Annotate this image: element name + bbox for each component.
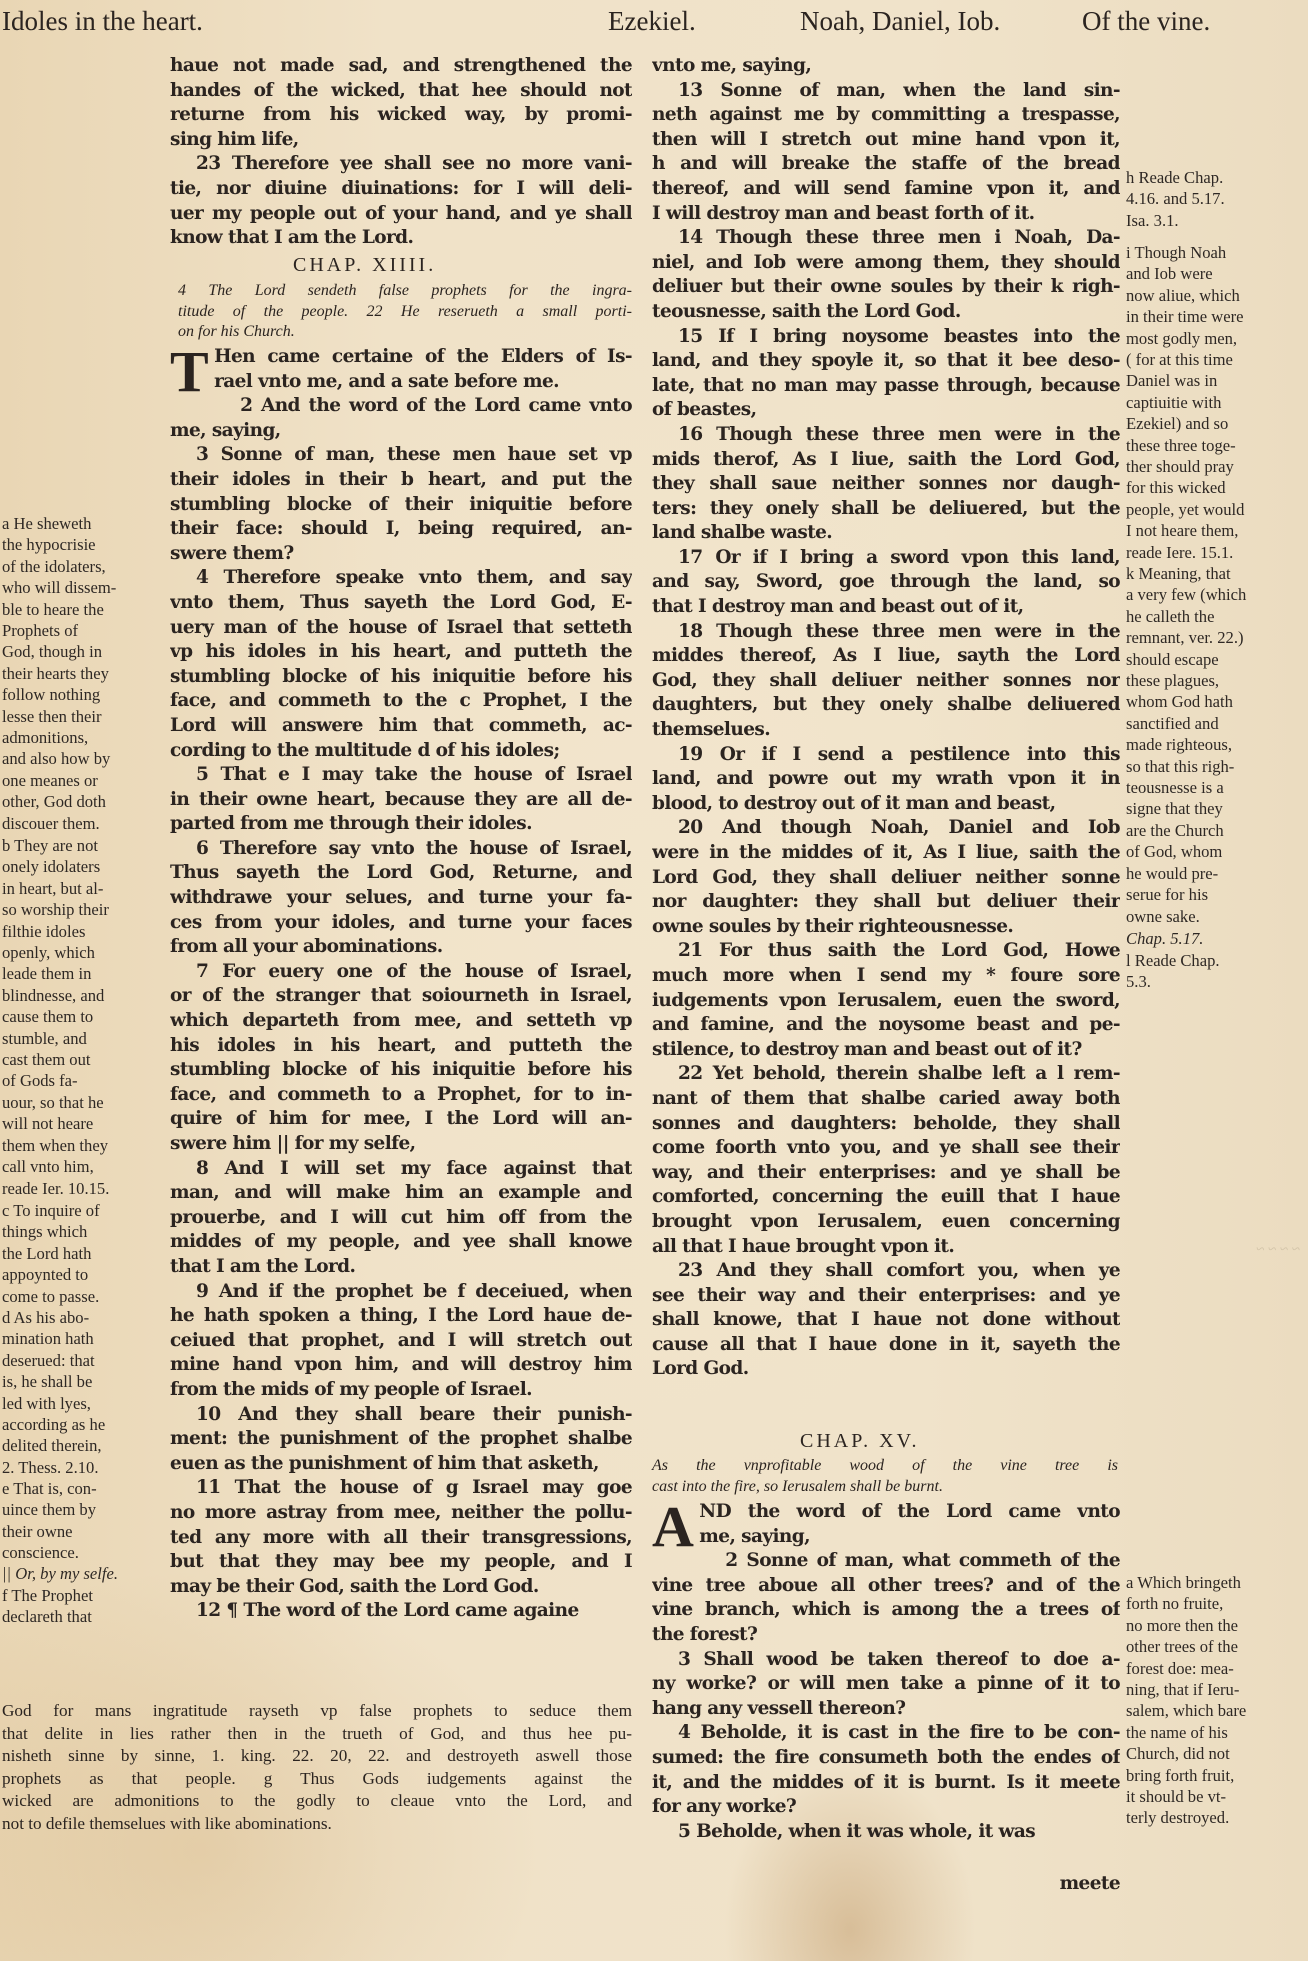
verse-5: 5 That e I may take the house of Israeli… bbox=[170, 763, 632, 837]
running-head-right-b: Of the vine. bbox=[1082, 4, 1210, 38]
text-line: 23 Therefore yee shall see no more vani- bbox=[170, 152, 632, 177]
running-head-book: Ezekiel. bbox=[608, 4, 696, 38]
text-line: c To inquire of bbox=[2, 1200, 160, 1221]
text-line: teousnesse is a bbox=[1126, 777, 1306, 798]
text-line: ther should pray bbox=[1126, 456, 1306, 477]
text-line: euen as the punishment of him that asket… bbox=[170, 1452, 632, 1477]
text-line: he calleth the bbox=[1126, 606, 1306, 627]
chapter-heading-15: CHAP. XV. bbox=[800, 1430, 919, 1453]
text-line: his idoles in his heart, and putteth the bbox=[170, 1034, 632, 1059]
text-line: made righteous, bbox=[1126, 734, 1306, 755]
text-line: d As his abo- bbox=[2, 1307, 160, 1328]
drop-cap: T bbox=[170, 349, 208, 395]
text-line: vnto me, saying, bbox=[652, 54, 1120, 79]
text-line: cast into the fire, so Ierusalem shall b… bbox=[652, 1477, 1118, 1498]
verse-1-block: A ND the word of the Lord came vntome, s… bbox=[652, 1500, 1120, 1549]
text-line: Hen came certaine of the Elders of Is- bbox=[214, 345, 632, 370]
running-head-left: Idoles in the heart. bbox=[2, 4, 203, 38]
text-line: come foorth vnto you, and ye shall see t… bbox=[652, 1136, 1120, 1161]
text-line: swere them? bbox=[170, 542, 632, 567]
text-line: follow nothing bbox=[2, 684, 160, 705]
verse-10: 10 And they shall beare their punish-men… bbox=[170, 1403, 632, 1477]
verse-17: 17 Or if I bring a sword vpon this land,… bbox=[652, 546, 1120, 620]
text-line: 11 That the house of g Israel may goe bbox=[170, 1476, 632, 1501]
text-line: it should be vt- bbox=[1126, 1786, 1306, 1807]
text-line: h Reade Chap. bbox=[1126, 167, 1306, 188]
text-line: 22 Yet behold, therein shalbe left a l r… bbox=[652, 1062, 1120, 1087]
verse-12-cont: vnto me, saying, bbox=[652, 54, 1120, 79]
text-line: Lord God, they shall deliuer neither son… bbox=[652, 866, 1120, 891]
text-line: h and will breake the staffe of the brea… bbox=[652, 152, 1120, 177]
verse-3: 3 Shall wood be taken thereof to doe a-n… bbox=[652, 1648, 1120, 1722]
verse-18: 18 Though these three men were in themid… bbox=[652, 620, 1120, 743]
text-line: hang any vessell thereon? bbox=[652, 1697, 1120, 1722]
margin-note-f: f The Prophetdeclareth that bbox=[2, 1585, 160, 1628]
text-line: for this wicked bbox=[1126, 477, 1306, 498]
chapter-summary-15: As the vnprofitable wood of the vine tre… bbox=[652, 1456, 1118, 1497]
text-line: wicked are admonitions to the godly to c… bbox=[2, 1790, 632, 1813]
text-line: were in the middes of it, As I liue, sai… bbox=[652, 841, 1120, 866]
text-line: of beastes, bbox=[652, 398, 1120, 423]
text-line: stilence, to destroy man and beast out o… bbox=[652, 1038, 1120, 1063]
text-line: Daniel was in bbox=[1126, 370, 1306, 391]
margin-note-e: e That is, con-uince them bytheir owneco… bbox=[2, 1478, 160, 1564]
text-line: owne soules by their righteousnesse. bbox=[652, 915, 1120, 940]
text-column-1b: T Hen came certaine of the Elders of Is-… bbox=[170, 345, 632, 1624]
text-line: on for his Church. bbox=[178, 322, 632, 343]
text-line: man, and will make him an example and bbox=[170, 1181, 632, 1206]
text-line: for any worke? bbox=[652, 1795, 1120, 1820]
text-line: middes thereof, As I liue, sayth the Lor… bbox=[652, 644, 1120, 669]
text-line: and Iob were bbox=[1126, 263, 1306, 284]
text-line: conscience. bbox=[2, 1542, 160, 1563]
margin-note-k: k Meaning, thata very few (whichhe calle… bbox=[1126, 563, 1306, 927]
text-line: withdrawe your selues, and turne your fa… bbox=[170, 886, 632, 911]
text-line: returne from his wicked way, by promi- bbox=[170, 103, 632, 128]
verse-11: 11 That the house of g Israel may goeno … bbox=[170, 1476, 632, 1599]
text-line: they shall saue neither sonnes nor daugh… bbox=[652, 472, 1120, 497]
text-line: in their time were bbox=[1126, 306, 1306, 327]
text-line: he would pre- bbox=[1126, 863, 1306, 884]
verse-12: 12 ¶ The word of the Lord came againe bbox=[170, 1599, 632, 1624]
text-line: Chap. 5.17. bbox=[1126, 928, 1306, 949]
text-line: or of the stranger that soiourneth in Is… bbox=[170, 984, 632, 1009]
margin-note-a: a He sheweththe hypocrisieof the idolate… bbox=[2, 513, 160, 834]
text-line: i Though Noah bbox=[1126, 242, 1306, 263]
verse-1: Hen came certaine of the Elders of Is-ra… bbox=[170, 345, 632, 394]
text-line: niel, and Iob were among them, they shou… bbox=[652, 251, 1120, 276]
text-line: reade Iere. 15.1. bbox=[1126, 542, 1306, 563]
text-line: Ezekiel) and so bbox=[1126, 413, 1306, 434]
text-line: me, saying, bbox=[699, 1525, 1120, 1550]
text-line: nisheth sinne by sinne, 1. king. 22. 20,… bbox=[2, 1745, 632, 1768]
verse-19: 19 Or if I send a pestilence into thisla… bbox=[652, 743, 1120, 817]
verse-4: 4 Therefore speake vnto them, and sayvnt… bbox=[170, 566, 632, 763]
text-line: of Gods fa- bbox=[2, 1070, 160, 1091]
text-line: comforted, concerning the euill that I h… bbox=[652, 1185, 1120, 1210]
text-line: cast them out bbox=[2, 1049, 160, 1070]
text-line: 16 Though these three men were in the bbox=[652, 423, 1120, 448]
text-line: 4 Beholde, it is cast in the fire to be … bbox=[652, 1721, 1120, 1746]
text-line: all that I haue brought vpon it. bbox=[652, 1235, 1120, 1260]
text-line: signe that they bbox=[1126, 798, 1306, 819]
text-line: bring forth fruit, bbox=[1126, 1765, 1306, 1786]
text-line: know that I am the Lord. bbox=[170, 226, 632, 251]
text-line: the forest? bbox=[652, 1623, 1120, 1648]
text-line: Isa. 3.1. bbox=[1126, 210, 1306, 231]
text-line: cording to the multitude d of his idoles… bbox=[170, 739, 632, 764]
text-line: things which bbox=[2, 1221, 160, 1242]
text-column-1: haue not made sad, and strengthened theh… bbox=[170, 54, 632, 251]
text-line: 21 For thus saith the Lord God, Howe bbox=[652, 939, 1120, 964]
verse-2: 2 Sonne of man, what commeth of thevine … bbox=[652, 1549, 1120, 1647]
text-line: in heart, but al- bbox=[2, 878, 160, 899]
text-line: are the Church bbox=[1126, 820, 1306, 841]
text-line: God, they shall deliuer neither sonnes n… bbox=[652, 669, 1120, 694]
margin-note-i: i Though Noahand Iob werenow aliue, whic… bbox=[1126, 242, 1306, 563]
text-line: swere him || for my selfe, bbox=[170, 1132, 632, 1157]
text-line: no more astray from mee, neither the pol… bbox=[170, 1501, 632, 1526]
text-line: Thus sayeth the Lord God, Returne, and bbox=[170, 861, 632, 886]
text-line: teousnesse, saith the Lord God. bbox=[652, 300, 1120, 325]
verse-23: 23 Therefore yee shall see no more vani-… bbox=[170, 152, 632, 250]
text-line: 8 And I will set my face against that bbox=[170, 1157, 632, 1182]
text-line: should escape bbox=[1126, 649, 1306, 670]
text-line: people, yet would bbox=[1126, 499, 1306, 520]
text-line: 3 Shall wood be taken thereof to doe a- bbox=[652, 1648, 1120, 1673]
text-line: face, and commeth to the c Prophet, I th… bbox=[170, 689, 632, 714]
text-line: which departeth from mee, and setteth vp bbox=[170, 1009, 632, 1034]
text-line: vine branch, which is among the a trees … bbox=[652, 1598, 1120, 1623]
text-line: prouerbe, and I will cut him off from th… bbox=[170, 1206, 632, 1231]
text-line: f The Prophet bbox=[2, 1585, 160, 1606]
text-line: that delite in lies rather then in the t… bbox=[2, 1723, 632, 1746]
text-line: 5 Beholde, when it was whole, it was bbox=[652, 1820, 1120, 1845]
verse-block: haue not made sad, and strengthened theh… bbox=[170, 54, 632, 152]
text-line: God for mans ingratitude rayseth vp fals… bbox=[2, 1700, 632, 1723]
text-line: middes of my people, and yee shall knowe bbox=[170, 1230, 632, 1255]
text-line: Lord will answere him that commeth, ac- bbox=[170, 714, 632, 739]
text-line: 4 The Lord sendeth false prophets for th… bbox=[178, 281, 632, 302]
text-line: the name of his bbox=[1126, 1722, 1306, 1743]
text-line: will not heare bbox=[2, 1113, 160, 1134]
text-line: stumble, and bbox=[2, 1028, 160, 1049]
verse-8: 8 And I will set my face against thatman… bbox=[170, 1157, 632, 1280]
text-line: serue for his bbox=[1126, 884, 1306, 905]
text-line: I not heare them, bbox=[1126, 520, 1306, 541]
text-line: As the vnprofitable wood of the vine tre… bbox=[652, 1456, 1118, 1477]
text-line: of the idolaters, bbox=[2, 556, 160, 577]
verse-16: 16 Though these three men were in themid… bbox=[652, 423, 1120, 546]
text-line: me, saying, bbox=[170, 419, 632, 444]
text-column-2b: A ND the word of the Lord came vntome, s… bbox=[652, 1500, 1120, 1844]
margin-note-star: Chap. 5.17. bbox=[1126, 928, 1306, 949]
text-line: blindnesse, and bbox=[2, 985, 160, 1006]
text-line: daughters, but they onely shalbe deliuer… bbox=[652, 693, 1120, 718]
verse-5: 5 Beholde, when it was whole, it was bbox=[652, 1820, 1120, 1845]
text-line: neth against me by committing a trespass… bbox=[652, 103, 1120, 128]
text-line: uour, so that he bbox=[2, 1092, 160, 1113]
text-line: Lord God. bbox=[652, 1357, 1120, 1382]
text-line: them when they bbox=[2, 1135, 160, 1156]
text-line: so that this righ- bbox=[1126, 756, 1306, 777]
text-line: a very few (which bbox=[1126, 584, 1306, 605]
text-line: forest doe: mea- bbox=[1126, 1658, 1306, 1679]
text-line: land, and they spoyle it, so that it bee… bbox=[652, 349, 1120, 374]
text-line: cause all that I haue done in it, sayeth… bbox=[652, 1333, 1120, 1358]
text-line: deliuer but their owne soules by their k… bbox=[652, 275, 1120, 300]
text-line: tie, nor diuine diuinations: for I will … bbox=[170, 177, 632, 202]
text-line: that I am the Lord. bbox=[170, 1255, 632, 1280]
text-line: themselues. bbox=[652, 718, 1120, 743]
text-line: forth no fruite, bbox=[1126, 1593, 1306, 1614]
text-line: call vnto him, bbox=[2, 1156, 160, 1177]
text-line: is, he shall be bbox=[2, 1371, 160, 1392]
text-line: one meanes or bbox=[2, 770, 160, 791]
margin-note-l: l Reade Chap.5.3. bbox=[1126, 950, 1306, 993]
verse-21: 21 For thus saith the Lord God, Howemuch… bbox=[652, 939, 1120, 1062]
text-line: their idoles in their b heart, and put t… bbox=[170, 468, 632, 493]
text-line: prophets as that people. g Thus Gods iud… bbox=[2, 1768, 632, 1791]
verse-13: 13 Sonne of man, when the land sin-neth … bbox=[652, 79, 1120, 227]
text-line: who will dissem- bbox=[2, 577, 160, 598]
text-line: now aliue, which bbox=[1126, 285, 1306, 306]
text-line: the hypocrisie bbox=[2, 534, 160, 555]
verse-7: 7 For euery one of the house of Israel,o… bbox=[170, 960, 632, 1157]
text-line: 12 ¶ The word of the Lord came againe bbox=[170, 1599, 632, 1624]
text-line: 15 If I bring noysome beastes into the bbox=[652, 325, 1120, 350]
text-line: nor daughter: they shall but deliuer the… bbox=[652, 890, 1120, 915]
text-line: 19 Or if I send a pestilence into this bbox=[652, 743, 1120, 768]
text-line: appoynted to bbox=[2, 1264, 160, 1285]
text-line: nant of them that shalbe caried away bot… bbox=[652, 1087, 1120, 1112]
verse-1-block: T Hen came certaine of the Elders of Is-… bbox=[170, 345, 632, 394]
text-line: then will I stretch out mine hand vpon i… bbox=[652, 128, 1120, 153]
text-line: led with lyes, bbox=[2, 1393, 160, 1414]
text-line: 17 Or if I bring a sword vpon this land, bbox=[652, 546, 1120, 571]
text-line: from all your abominations. bbox=[170, 935, 632, 960]
text-line: brought vpon Ierusalem, euen concerning bbox=[652, 1210, 1120, 1235]
text-line: see their way and their enterprises: and… bbox=[652, 1284, 1120, 1309]
text-line: come to passe. bbox=[2, 1286, 160, 1307]
text-line: ters: they onely shall be deliuered, but… bbox=[652, 497, 1120, 522]
margin-note-h: h Reade Chap.4.16. and 5.17.Isa. 3.1. bbox=[1126, 167, 1306, 231]
text-line: their hearts they bbox=[2, 663, 160, 684]
verse-15: 15 If I bring noysome beastes into thela… bbox=[652, 325, 1120, 423]
text-line: stumbling blocke of his iniquitie before… bbox=[170, 665, 632, 690]
text-line: 10 And they shall beare their punish- bbox=[170, 1403, 632, 1428]
text-line: God, though in bbox=[2, 641, 160, 662]
text-line: 5.3. bbox=[1126, 971, 1306, 992]
text-line: remnant, ver. 22.) bbox=[1126, 627, 1306, 648]
text-line: 13 Sonne of man, when the land sin- bbox=[652, 79, 1120, 104]
text-line: ny worke? or will men take a pinne of it… bbox=[652, 1672, 1120, 1697]
text-line: may be their God, saith the Lord God. bbox=[170, 1575, 632, 1600]
margin-note-c: c To inquire ofthings whichthe Lord hath… bbox=[2, 1200, 160, 1307]
text-line: sanctified and bbox=[1126, 713, 1306, 734]
margin-note-d: d As his abo-mination hathdeserued: that… bbox=[2, 1307, 160, 1478]
text-line: l Reade Chap. bbox=[1126, 950, 1306, 971]
text-line: blood, to destroy out of it man and beas… bbox=[652, 792, 1120, 817]
text-line: filthie idoles bbox=[2, 921, 160, 942]
text-line: delited therein, bbox=[2, 1435, 160, 1456]
text-line: terly destroyed. bbox=[1126, 1807, 1306, 1828]
text-line: vp his idoles in his heart, and putteth … bbox=[170, 640, 632, 665]
text-line: mids therof, As I liue, saith the Lord G… bbox=[652, 448, 1120, 473]
text-line: discouer them. bbox=[2, 813, 160, 834]
text-line: quire of him for mee, I the Lord will an… bbox=[170, 1107, 632, 1132]
text-line: vnto them, Thus sayeth the Lord God, E- bbox=[170, 591, 632, 616]
text-line: these plagues, bbox=[1126, 670, 1306, 691]
text-line: 2 And the word of the Lord came vnto bbox=[214, 394, 632, 419]
text-line: e That is, con- bbox=[2, 1478, 160, 1499]
text-line: 6 Therefore say vnto the house of Israel… bbox=[170, 837, 632, 862]
text-line: it, and the middes of it is burnt. Is it… bbox=[652, 1771, 1120, 1796]
text-line: 9 And if the prophet be f deceiued, when bbox=[170, 1280, 632, 1305]
text-line: titude of the people. 22 He reserueth a … bbox=[178, 302, 632, 323]
chapter-summary-14: 4 The Lord sendeth false prophets for th… bbox=[178, 281, 632, 343]
text-line: vine tree aboue all other trees? and of … bbox=[652, 1574, 1120, 1599]
text-line: admonitions, bbox=[2, 727, 160, 748]
text-line: no more then the bbox=[1126, 1615, 1306, 1636]
text-line: stumbling blocke of their iniquitie befo… bbox=[170, 493, 632, 518]
text-line: 23 And they shall comfort you, when ye bbox=[652, 1259, 1120, 1284]
text-line: iudgements vpon Ierusalem, euen the swor… bbox=[652, 989, 1120, 1014]
verse-6: 6 Therefore say vnto the house of Israel… bbox=[170, 837, 632, 960]
text-line: parted from me through their idoles. bbox=[170, 812, 632, 837]
text-line: so worship their bbox=[2, 899, 160, 920]
text-line: thereof, and will send famine vpon it, a… bbox=[652, 177, 1120, 202]
verse-3: 3 Sonne of man, these men haue set vpthe… bbox=[170, 443, 632, 566]
verse-20: 20 And though Noah, Daniel and Iobwere i… bbox=[652, 816, 1120, 939]
text-column-2: vnto me, saying, 13 Sonne of man, when t… bbox=[652, 54, 1120, 1382]
text-line: ning, that if Ieru- bbox=[1126, 1679, 1306, 1700]
text-line: 20 And though Noah, Daniel and Iob bbox=[652, 816, 1120, 841]
text-line: land, and powre out my wrath vpon it in bbox=[652, 767, 1120, 792]
margin-note-or: || Or, by my selfe. bbox=[2, 1563, 160, 1584]
text-line: captiuitie with bbox=[1126, 392, 1306, 413]
text-line: uince them by bbox=[2, 1499, 160, 1520]
text-line: b They are not bbox=[2, 835, 160, 856]
text-line: handes of the wicked, that hee should no… bbox=[170, 79, 632, 104]
text-line: ment: the punishment of the prophet shal… bbox=[170, 1427, 632, 1452]
text-line: their owne bbox=[2, 1521, 160, 1542]
text-line: 2. Thess. 2.10. bbox=[2, 1457, 160, 1478]
text-line: 18 Though these three men were in the bbox=[652, 620, 1120, 645]
verse-14: 14 Though these three men i Noah, Da-nie… bbox=[652, 226, 1120, 324]
text-line: but that they may bee my people, and I bbox=[170, 1550, 632, 1575]
text-line: declareth that bbox=[2, 1606, 160, 1627]
text-line: most godly men, bbox=[1126, 328, 1306, 349]
text-line: ND the word of the Lord came vnto bbox=[699, 1500, 1120, 1525]
text-line: ces from your idoles, and turne your fac… bbox=[170, 911, 632, 936]
text-line: that I destroy man and beast out of it, bbox=[652, 595, 1120, 620]
text-line: way, and their enterprises: and ye shall… bbox=[652, 1161, 1120, 1186]
text-line: 14 Though these three men i Noah, Da- bbox=[652, 226, 1120, 251]
text-line: the Lord hath bbox=[2, 1243, 160, 1264]
footnote-continuation: God for mans ingratitude rayseth vp fals… bbox=[2, 1700, 632, 1835]
verse-4: 4 Beholde, it is cast in the fire to be … bbox=[652, 1721, 1120, 1819]
text-line: onely idolaters bbox=[2, 856, 160, 877]
text-line: of God, whom bbox=[1126, 841, 1306, 862]
text-line: leade them in bbox=[2, 963, 160, 984]
verse-22: 22 Yet behold, therein shalbe left a l r… bbox=[652, 1062, 1120, 1259]
text-line: these three toge- bbox=[1126, 435, 1306, 456]
margin-note-b: b They are notonely idolatersin heart, b… bbox=[2, 835, 160, 1199]
text-line: ble to heare the bbox=[2, 599, 160, 620]
text-line: sumed: the fire consumeth both the endes… bbox=[652, 1746, 1120, 1771]
text-line: and say, Sword, goe through the land, so bbox=[652, 570, 1120, 595]
text-line: land shalbe waste. bbox=[652, 521, 1120, 546]
text-line: 4.16. and 5.17. bbox=[1126, 188, 1306, 209]
text-line: shall knowe, that I haue not done withou… bbox=[652, 1308, 1120, 1333]
text-line: owne sake. bbox=[1126, 906, 1306, 927]
margin-note-a-ch15: a Which bringethforth no fruite,no more … bbox=[1126, 1572, 1306, 1829]
text-line: not to defile themselues with like abomi… bbox=[2, 1813, 632, 1836]
text-line: sonnes and daughters: beholde, they shal… bbox=[652, 1112, 1120, 1137]
text-line: cause them to bbox=[2, 1006, 160, 1027]
drop-cap: A bbox=[652, 1504, 693, 1550]
text-line: other, God doth bbox=[2, 791, 160, 812]
bleed-through-text: ~ ~ ~ ~ bbox=[1170, 1240, 1300, 1261]
text-line: salem, which bare bbox=[1126, 1700, 1306, 1721]
text-line: 3 Sonne of man, these men haue set vp bbox=[170, 443, 632, 468]
text-line: other trees of the bbox=[1126, 1636, 1306, 1657]
text-line: I will destroy man and beast forth of it… bbox=[652, 202, 1120, 227]
text-line: lesse then their bbox=[2, 706, 160, 727]
text-line: mine hand vpon him, and will destroy him bbox=[170, 1353, 632, 1378]
text-line: sing him life, bbox=[170, 128, 632, 153]
text-line: Church, did not bbox=[1126, 1743, 1306, 1764]
text-line: and also how by bbox=[2, 748, 160, 769]
text-line: Prophets of bbox=[2, 620, 160, 641]
text-line: mination hath bbox=[2, 1328, 160, 1349]
text-line: ceiued that prophet, and I will stretch … bbox=[170, 1329, 632, 1354]
text-line: face, and commeth to a Prophet, for to i… bbox=[170, 1083, 632, 1108]
text-line: 4 Therefore speake vnto them, and say bbox=[170, 566, 632, 591]
text-line: he hath spoken a thing, I the Lord haue … bbox=[170, 1304, 632, 1329]
text-line: in their owne heart, because they are al… bbox=[170, 788, 632, 813]
text-line: haue not made sad, and strengthened the bbox=[170, 54, 632, 79]
text-line: 2 Sonne of man, what commeth of the bbox=[699, 1549, 1120, 1574]
text-line: a Which bringeth bbox=[1126, 1572, 1306, 1593]
text-line: ted any more with all their transgressio… bbox=[170, 1526, 632, 1551]
text-line: ( for at this time bbox=[1126, 349, 1306, 370]
text-line: and famine, and the noysome beast and pe… bbox=[652, 1013, 1120, 1038]
text-line: uery man of the house of Israel that set… bbox=[170, 616, 632, 641]
text-line: whom God hath bbox=[1126, 691, 1306, 712]
text-line: openly, which bbox=[2, 942, 160, 963]
text-line: reade Ier. 10.15. bbox=[2, 1178, 160, 1199]
text-line: a He sheweth bbox=[2, 513, 160, 534]
text-line: from the mids of my people of Israel. bbox=[170, 1378, 632, 1403]
text-line: late, that no man may passe through, bec… bbox=[652, 374, 1120, 399]
verse-23: 23 And they shall comfort you, when yese… bbox=[652, 1259, 1120, 1382]
text-line: according as he bbox=[2, 1414, 160, 1435]
text-line: much more when I send my * foure sore bbox=[652, 964, 1120, 989]
text-line: their face: should I, being required, an… bbox=[170, 517, 632, 542]
catchword: meete bbox=[1040, 1872, 1120, 1897]
text-line: 7 For euery one of the house of Israel, bbox=[170, 960, 632, 985]
text-line: k Meaning, that bbox=[1126, 563, 1306, 584]
text-line: uer my people out of your hand, and ye s… bbox=[170, 202, 632, 227]
chapter-heading-14: CHAP. XIIII. bbox=[293, 254, 436, 277]
verse-2: 2 And the word of the Lord came vntome, … bbox=[170, 394, 632, 443]
text-line: rael vnto me, and a sate before me. bbox=[214, 370, 632, 395]
verse-1: ND the word of the Lord came vntome, say… bbox=[652, 1500, 1120, 1549]
verse-9: 9 And if the prophet be f deceiued, when… bbox=[170, 1280, 632, 1403]
running-head-right-a: Noah, Daniel, Iob. bbox=[800, 4, 1000, 38]
